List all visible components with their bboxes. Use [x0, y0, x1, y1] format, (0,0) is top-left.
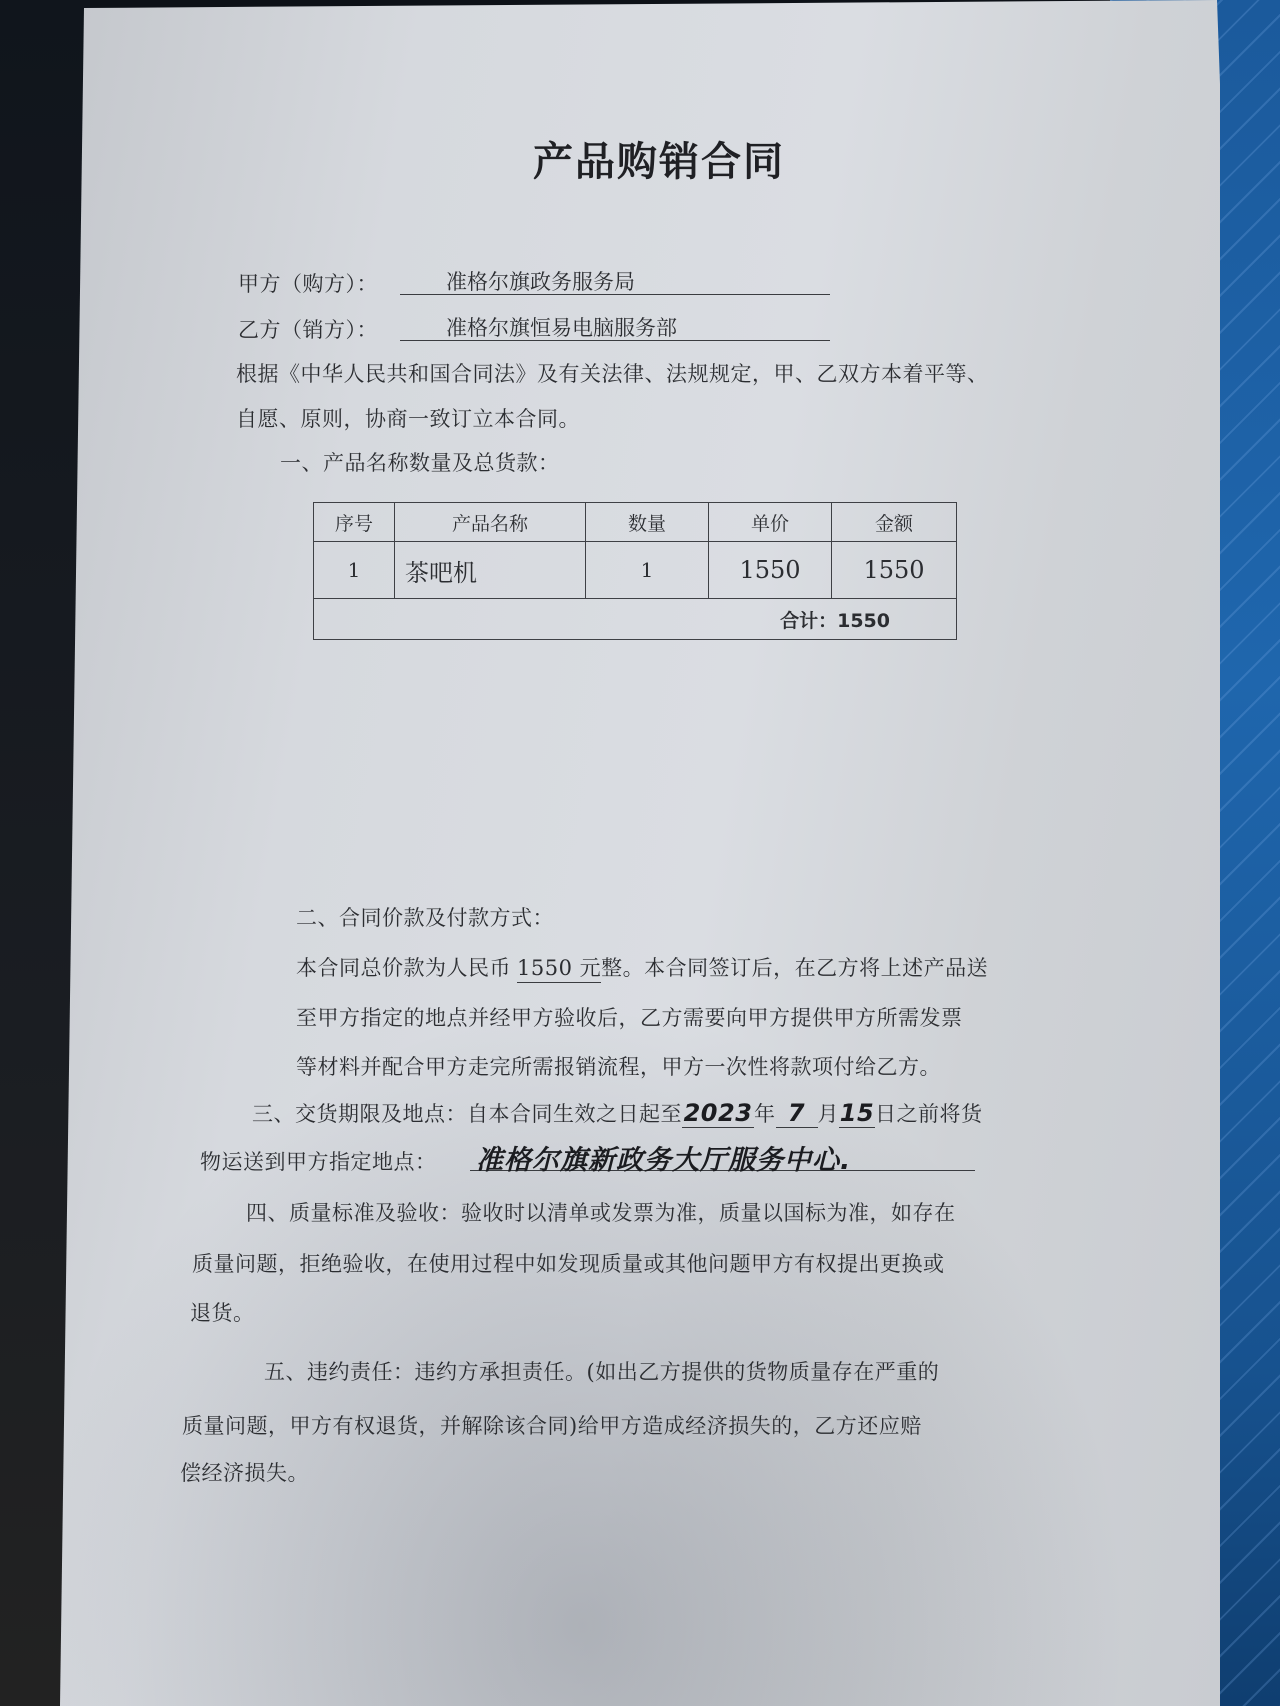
cell-total: 合计：1550 — [314, 599, 957, 640]
cell-name: 茶吧机 — [395, 542, 586, 599]
header-unit-price: 单价 — [709, 503, 832, 542]
header-amount: 金额 — [832, 503, 957, 542]
section4-line-1: 四、质量标准及验收：验收时以清单或发票为准，质量以国标为准，如存在 — [246, 1197, 956, 1227]
party-a-label: 甲方（购方）： — [238, 268, 378, 298]
section2-line1-post: 整。本合同签订后，在乙方将上述产品送 — [601, 956, 988, 980]
header-no: 序号 — [314, 503, 395, 542]
total-price-amount: 1550 元 — [517, 952, 601, 983]
section5-line-2: 质量问题，甲方有权退货，并解除该合同)给甲方造成经济损失的，乙方还应赔 — [182, 1410, 922, 1440]
product-table: 序号 产品名称 数量 单价 金额 1 茶吧机 1 1550 1550 合计：15… — [313, 502, 957, 640]
cell-no: 1 — [314, 542, 395, 599]
table-total-row: 合计：1550 — [314, 599, 957, 640]
party-a-field: 准格尔旗政务服务局 — [400, 266, 830, 295]
section2-line-1: 本合同总价款为人民币1550 元整。本合同签订后，在乙方将上述产品送 — [296, 952, 988, 983]
handwritten-month: 7 — [776, 1099, 818, 1128]
header-name: 产品名称 — [395, 503, 586, 542]
section2-line-3: 等材料并配合甲方走完所需报销流程，甲方一次性将款项付给乙方。 — [296, 1051, 941, 1081]
table-header-row: 序号 产品名称 数量 单价 金额 — [314, 503, 957, 542]
section2-line1-pre: 本合同总价款为人民币 — [296, 956, 511, 980]
party-b-field: 准格尔旗恒易电脑服务部 — [400, 312, 830, 341]
party-b-label: 乙方（销方）： — [238, 314, 378, 344]
contract-paper — [60, 0, 1220, 1706]
party-b-value: 准格尔旗恒易电脑服务部 — [446, 312, 677, 342]
section5-line-3: 偿经济损失。 — [180, 1457, 309, 1487]
section1-heading: 一、产品名称数量及总货款： — [280, 447, 560, 477]
cell-amount: 1550 — [832, 542, 957, 599]
handwritten-location: 准格尔旗新政务大厅服务中心. — [476, 1138, 851, 1177]
month-suffix: 月 — [818, 1102, 840, 1126]
section2-line-2: 至甲方指定的地点并经甲方验收后，乙方需要向甲方提供甲方所需发票 — [296, 1002, 963, 1032]
section3-line-1: 三、交货期限及地点：自本合同生效之日起至2023年7月15日之前将货 — [252, 1098, 983, 1128]
table-row: 1 茶吧机 1 1550 1550 — [314, 542, 957, 599]
handwritten-day: 15 — [839, 1099, 875, 1128]
header-qty: 数量 — [586, 503, 709, 542]
preamble-line-2: 自愿、原则，协商一致订立本合同。 — [236, 403, 580, 433]
section3-line1-pre: 三、交货期限及地点：自本合同生效之日起至 — [252, 1102, 682, 1126]
party-a-value: 准格尔旗政务服务局 — [446, 266, 635, 296]
section4-line-2: 质量问题，拒绝验收，在使用过程中如发现质量或其他问题甲方有权提出更换或 — [192, 1248, 945, 1278]
handwritten-year: 2023 — [682, 1099, 754, 1128]
year-suffix: 年 — [754, 1102, 776, 1126]
section2-heading: 二、合同价款及付款方式： — [296, 902, 554, 932]
section3-line1-post: 日之前将货 — [875, 1102, 983, 1126]
section3-line-2-label: 物运送到甲方指定地点： — [200, 1146, 437, 1176]
preamble-line-1: 根据《中华人民共和国合同法》及有关法律、法规规定，甲、乙双方本着平等、 — [236, 358, 989, 388]
section5-line-1: 五、违约责任：违约方承担责任。(如出乙方提供的货物质量存在严重的 — [264, 1356, 939, 1386]
cell-unit-price: 1550 — [709, 542, 832, 599]
document-title: 产品购销合同 — [533, 130, 785, 187]
cell-qty: 1 — [586, 542, 709, 599]
section4-line-3: 退货。 — [190, 1297, 255, 1327]
